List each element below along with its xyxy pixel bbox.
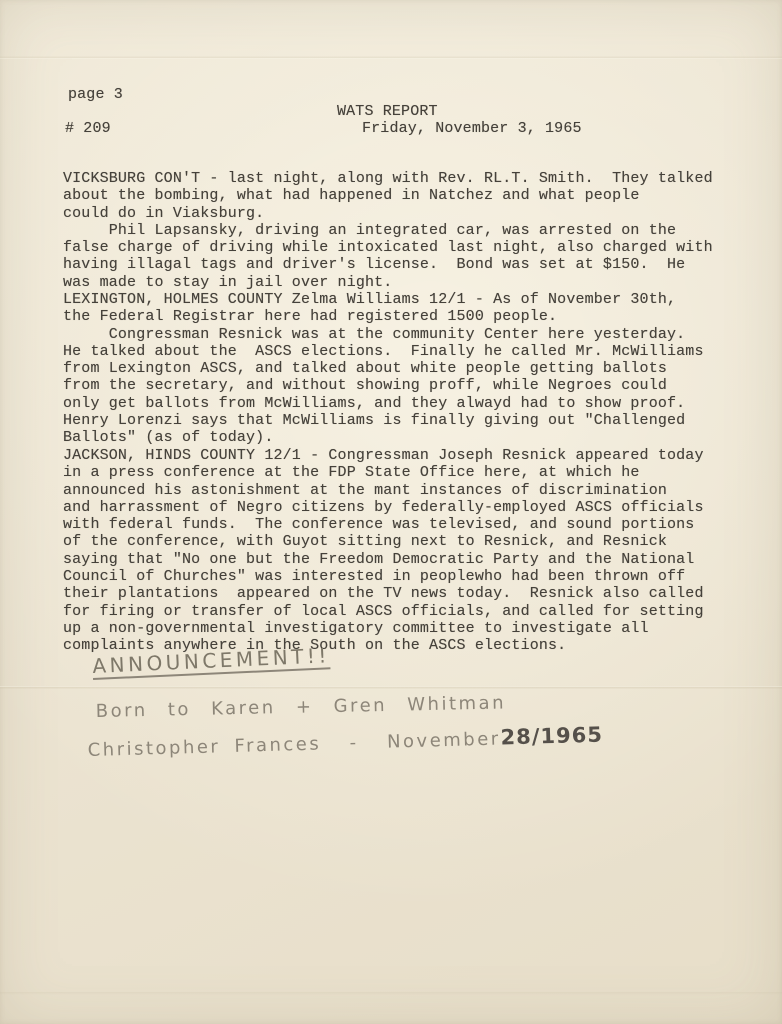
handwritten-birth-date: 28/1965 [500, 723, 603, 750]
handwritten-birth-line: Born to Karen + Gren Whitman [96, 692, 507, 722]
report-date: Friday, November 3, 1965 [362, 120, 582, 137]
page-number-label: page 3 [68, 86, 123, 103]
handwritten-name-date-line: Christopher Frances - November28/1965 [87, 723, 603, 761]
paper-crease-bottom [0, 992, 782, 995]
paragraph-vicksburg: VICKSBURG CON'T - last night, along with… [63, 170, 713, 291]
paragraph-jackson: JACKSON, HINDS COUNTY 12/1 - Congressman… [63, 447, 704, 655]
paper-crease-top [0, 56, 782, 59]
report-title: WATS REPORT [337, 103, 438, 120]
paragraph-lexington: LEXINGTON, HOLMES COUNTY Zelma Williams … [63, 291, 704, 447]
report-number: # 209 [65, 120, 111, 137]
paper-crease-middle [0, 686, 782, 689]
handwritten-name-text: Christopher Frances - November [87, 728, 501, 761]
scanned-document-page: page 3 WATS REPORT # 209 Friday, Novembe… [0, 0, 782, 1024]
